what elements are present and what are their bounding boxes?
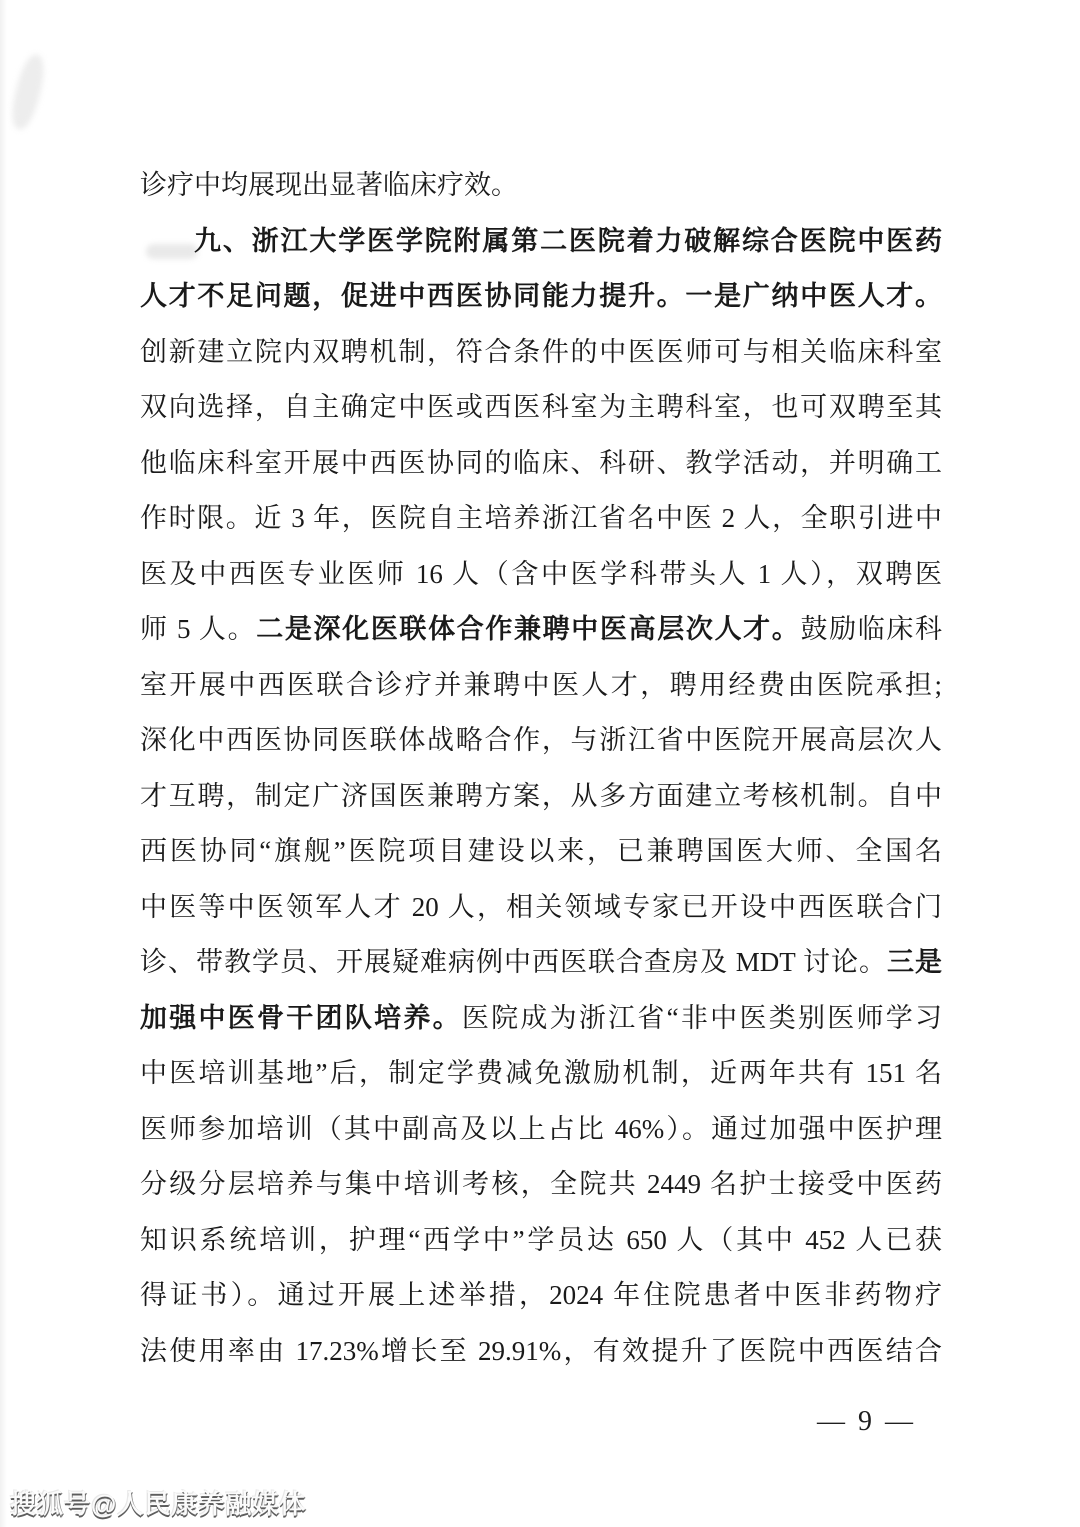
text-line: 中医培训基地”后，制定学费减免激励机制，近两年共有 151 名 bbox=[140, 1046, 942, 1102]
text-segment: 诊、带教学员、开展疑难病例中西医联合查房及 MDT 讨论。 bbox=[140, 947, 887, 977]
text-segment: 才互聘，制定广济国医兼聘方案，从多方面建立考核机制。自中 bbox=[140, 781, 942, 811]
text-line: 分级分层培养与集中培训考核，全院共 2449 名护士接受中医药 bbox=[140, 1157, 942, 1213]
bold-text-segment: 二是深化医联体合作兼聘中医高层次人才。 bbox=[256, 614, 800, 644]
text-segment: 知识系统培训，护理“西学中”学员达 650 人（其中 452 人已获 bbox=[140, 1225, 942, 1255]
document-page: 诊疗中均展现出显著临床疗效。九、浙江大学医学院附属第二医院着力破解综合医院中医药… bbox=[0, 0, 1080, 1527]
text-line: 师 5 人。二是深化医联体合作兼聘中医高层次人才。鼓励临床科 bbox=[140, 602, 942, 658]
text-segment: 他临床科室开展中西医协同的临床、科研、教学活动，并明确工 bbox=[140, 448, 942, 478]
text-line: 作时限。近 3 年，医院自主培养浙江省名中医 2 人，全职引进中 bbox=[140, 491, 942, 547]
text-line: 医师参加培训（其中副高及以上占比 46%）。通过加强中医护理 bbox=[140, 1102, 942, 1158]
bold-text-segment: 九、浙江大学医学院附属第二医院着力破解综合医院中医药 bbox=[194, 226, 942, 256]
text-segment: 医院成为浙江省“非中医类别医师学习 bbox=[462, 1003, 942, 1033]
text-segment: 鼓励临床科 bbox=[800, 614, 942, 644]
text-segment: 分级分层培养与集中培训考核，全院共 2449 名护士接受中医药 bbox=[140, 1169, 942, 1199]
bold-text-segment: 三是 bbox=[887, 947, 942, 977]
text-line: 法使用率由 17.23%增长至 29.91%，有效提升了医院中西医结合 bbox=[140, 1324, 942, 1380]
text-line: 他临床科室开展中西医协同的临床、科研、教学活动，并明确工 bbox=[140, 436, 942, 492]
text-segment: 室开展中西医联合诊疗并兼聘中医人才，聘用经费由医院承担; bbox=[140, 670, 942, 700]
text-segment: 得证书）。通过开展上述举措，2024 年住院患者中医非药物疗 bbox=[140, 1280, 942, 1310]
text-segment: 医及中西医专业医师 16 人（含中医学科带头人 1 人），双聘医 bbox=[140, 559, 942, 589]
text-line: 人才不足问题，促进中西医协同能力提升。一是广纳中医人才。 bbox=[140, 269, 942, 325]
scan-edge-shade bbox=[0, 0, 7, 1527]
text-line: 创新建立院内双聘机制，符合条件的中医医师可与相关临床科室 bbox=[140, 325, 942, 381]
sohu-watermark: 搜狐号@人民康养融媒体 bbox=[10, 1484, 306, 1521]
text-segment: 中医等中医领军人才 20 人，相关领域专家已开设中西医联合门 bbox=[140, 892, 942, 922]
text-segment: 师 5 人。 bbox=[140, 614, 256, 644]
text-segment: 法使用率由 17.23%增长至 29.91%，有效提升了医院中西医结合 bbox=[140, 1336, 942, 1366]
text-line: 知识系统培训，护理“西学中”学员达 650 人（其中 452 人已获 bbox=[140, 1213, 942, 1269]
text-line: 双向选择，自主确定中医或西医科室为主聘科室，也可双聘至其 bbox=[140, 380, 942, 436]
text-segment: 西医协同“旗舰”医院项目建设以来，已兼聘国医大师、全国名 bbox=[140, 836, 942, 866]
text-segment: 中医培训基地”后，制定学费减免激励机制，近两年共有 151 名 bbox=[140, 1058, 942, 1088]
text-line: 室开展中西医联合诊疗并兼聘中医人才，聘用经费由医院承担; bbox=[140, 658, 942, 714]
text-line: 得证书）。通过开展上述举措，2024 年住院患者中医非药物疗 bbox=[140, 1268, 942, 1324]
bold-text-segment: 一是广纳中医人才。 bbox=[685, 281, 942, 311]
text-line: 西医协同“旗舰”医院项目建设以来，已兼聘国医大师、全国名 bbox=[140, 824, 942, 880]
text-line: 九、浙江大学医学院附属第二医院着力破解综合医院中医药 bbox=[140, 214, 942, 270]
text-line: 诊、带教学员、开展疑难病例中西医联合查房及 MDT 讨论。三是 bbox=[140, 935, 942, 991]
text-segment: 深化中西医协同医联体战略合作，与浙江省中医院开展高层次人 bbox=[140, 725, 942, 755]
text-line: 深化中西医协同医联体战略合作，与浙江省中医院开展高层次人 bbox=[140, 713, 942, 769]
text-line: 才互聘，制定广济国医兼聘方案，从多方面建立考核机制。自中 bbox=[140, 769, 942, 825]
scan-smudge bbox=[7, 52, 49, 132]
bold-text-segment: 加强中医骨干团队培养。 bbox=[140, 1003, 462, 1033]
text-segment: 作时限。近 3 年，医院自主培养浙江省名中医 2 人，全职引进中 bbox=[140, 503, 942, 533]
text-segment: 创新建立院内双聘机制，符合条件的中医医师可与相关临床科室 bbox=[140, 337, 942, 367]
text-line: 医及中西医专业医师 16 人（含中医学科带头人 1 人），双聘医 bbox=[140, 547, 942, 603]
text-segment: 医师参加培训（其中副高及以上占比 46%）。通过加强中医护理 bbox=[140, 1114, 942, 1144]
text-line: 诊疗中均展现出显著临床疗效。 bbox=[140, 158, 942, 214]
page-number: — 9 — bbox=[817, 1406, 916, 1438]
bold-text-segment: 人才不足问题，促进中西医协同能力提升。 bbox=[140, 281, 685, 311]
text-segment: 双向选择，自主确定中医或西医科室为主聘科室，也可双聘至其 bbox=[140, 392, 942, 422]
document-text-block: 诊疗中均展现出显著临床疗效。九、浙江大学医学院附属第二医院着力破解综合医院中医药… bbox=[140, 158, 942, 1379]
text-segment: 诊疗中均展现出显著临床疗效。 bbox=[140, 170, 518, 200]
text-line: 中医等中医领军人才 20 人，相关领域专家已开设中西医联合门 bbox=[140, 880, 942, 936]
text-line: 加强中医骨干团队培养。医院成为浙江省“非中医类别医师学习 bbox=[140, 991, 942, 1047]
